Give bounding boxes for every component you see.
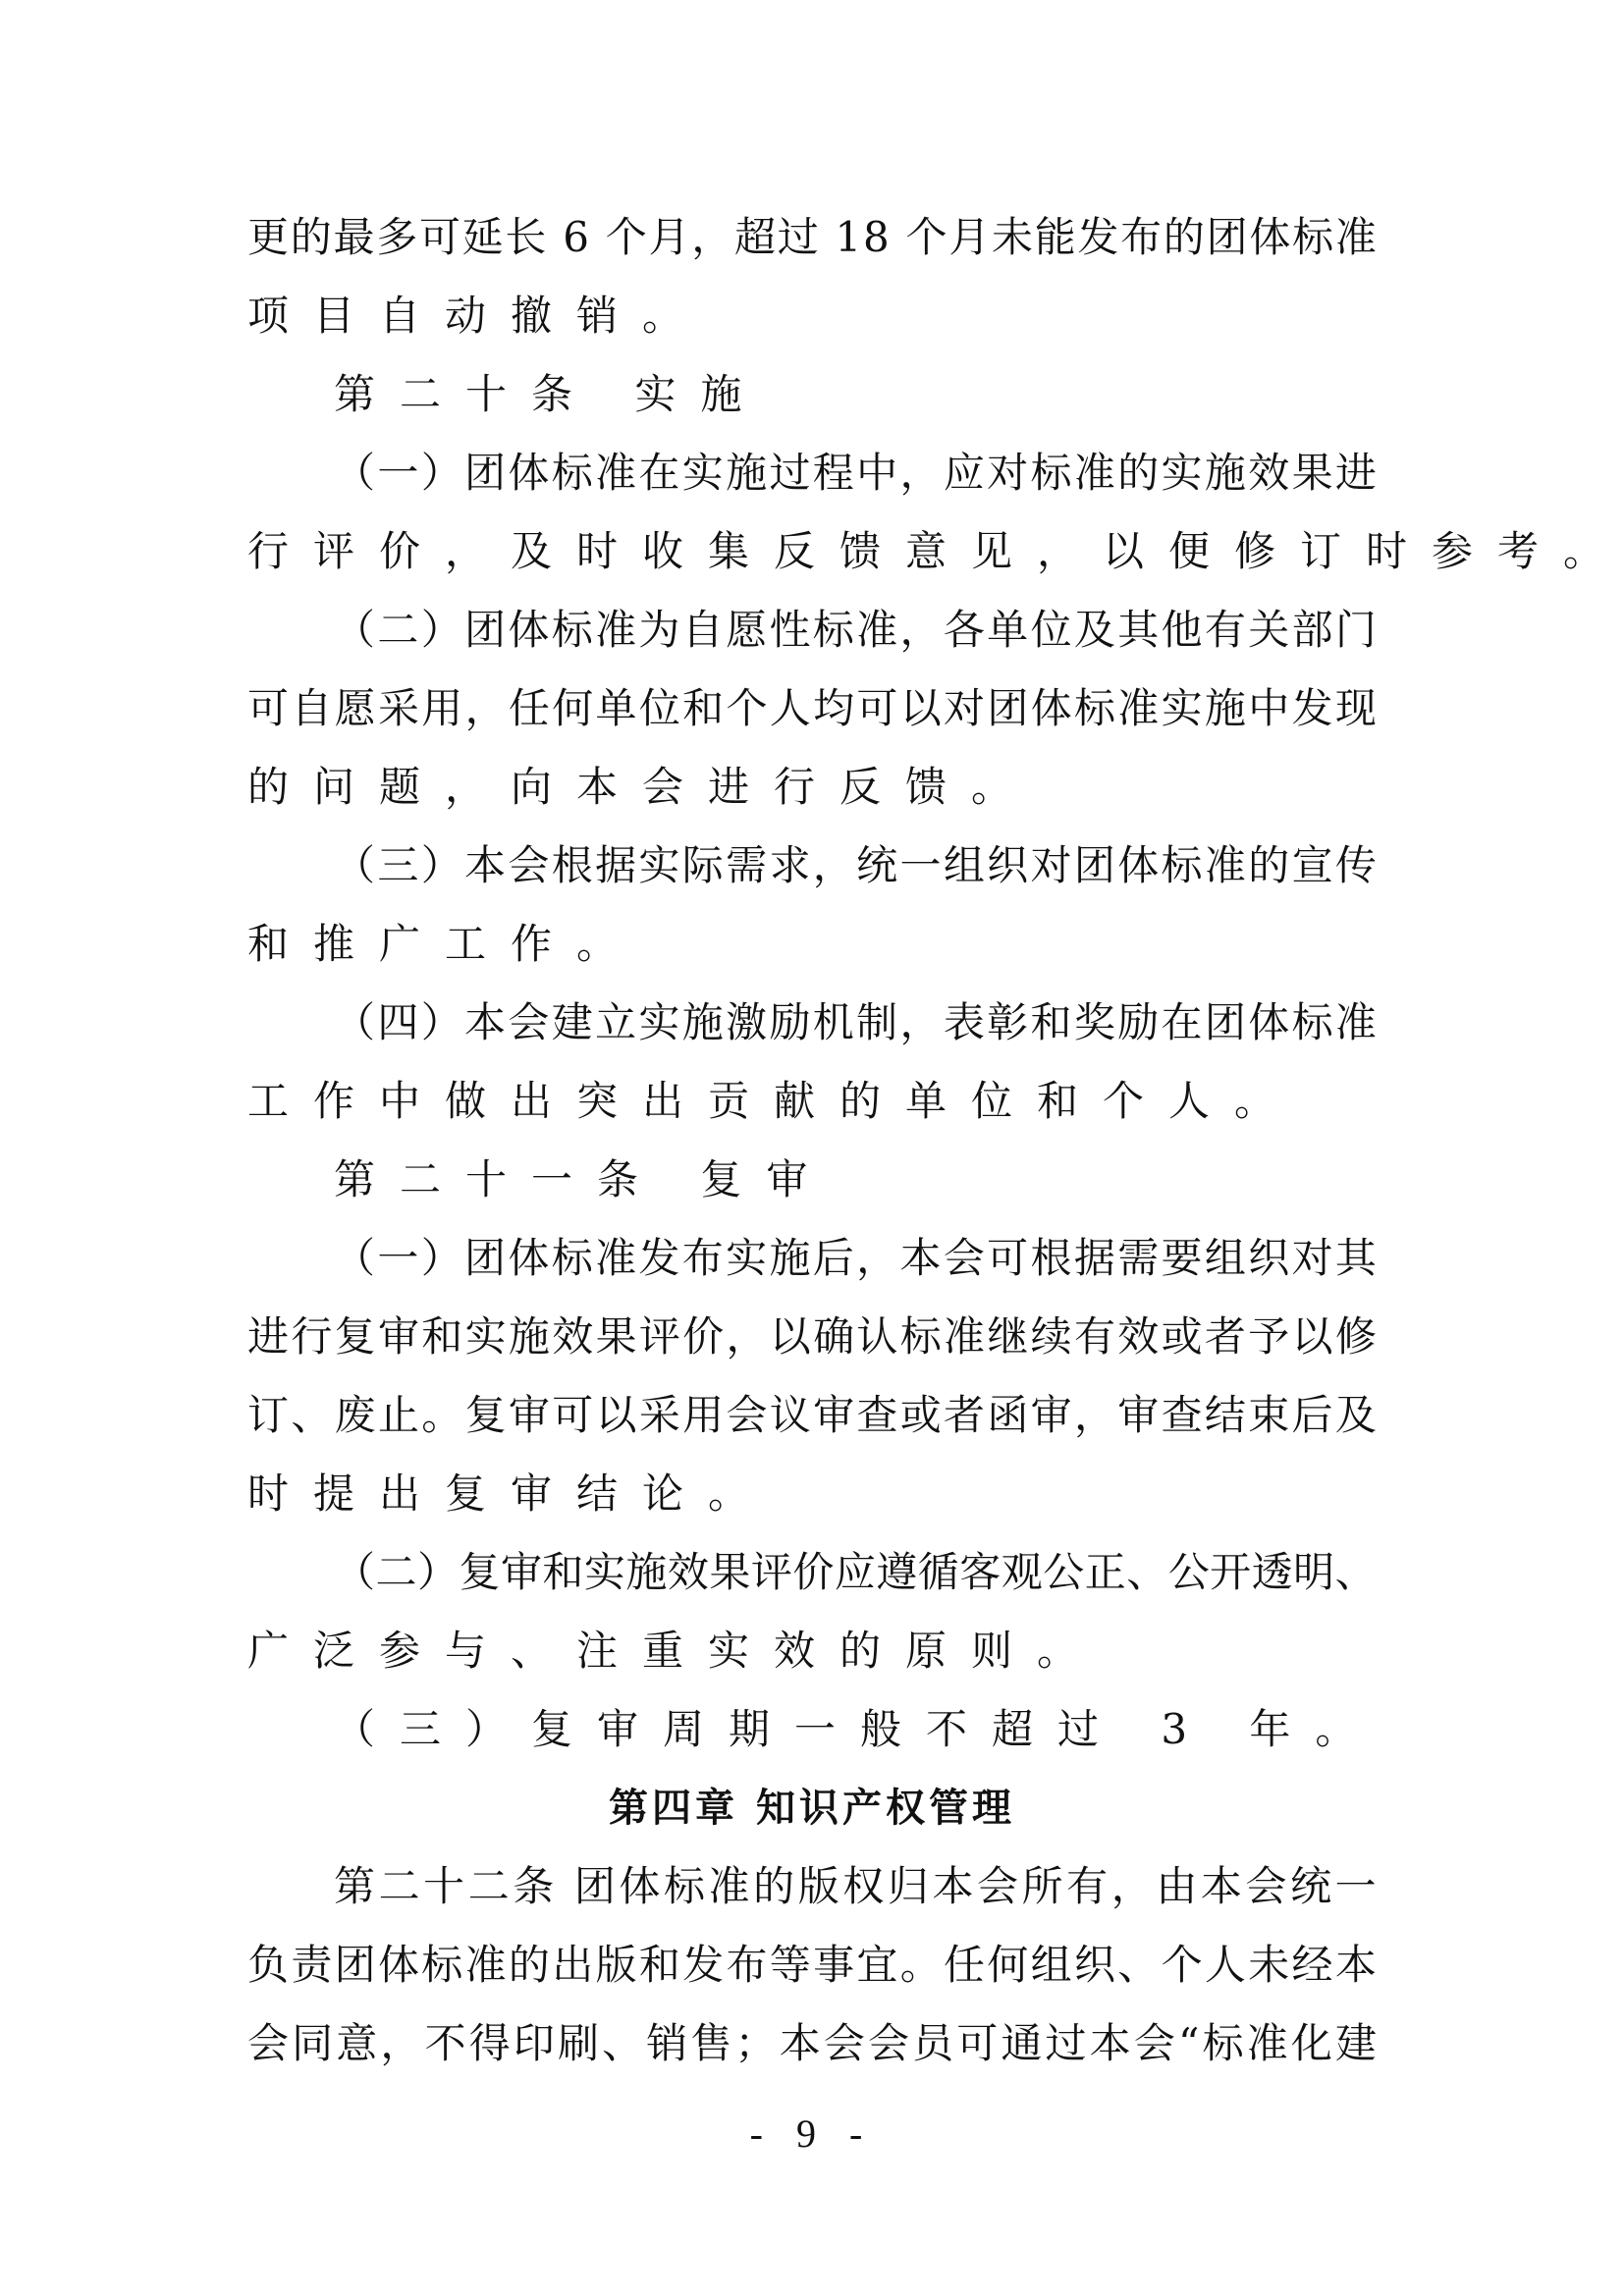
text-line: 广泛参与、注重实效的原则。 bbox=[247, 1623, 1377, 1701]
text-line: （二）复审和实施效果评价应遵循客观公正、公开透明、 bbox=[247, 1544, 1377, 1623]
text-line: 工作中做出突出贡献的单位和个人。 bbox=[247, 1073, 1377, 1151]
text-line: 和推广工作。 bbox=[247, 916, 1377, 994]
text-line: 更的最多可延长 6 个月，超过 18 个月未能发布的团体标准 bbox=[247, 209, 1377, 288]
text-line: 项目自动撤销。 bbox=[247, 288, 1377, 366]
text-line: 的问题，向本会进行反馈。 bbox=[247, 759, 1377, 837]
text-line: 第二十二条 团体标准的版权归本会所有，由本会统一 bbox=[247, 1858, 1377, 1937]
text-line: 可自愿采用，任何单位和个人均可以对团体标准实施中发现 bbox=[247, 680, 1377, 759]
article-title-21: 第二十一条 复审 bbox=[247, 1151, 1377, 1230]
text-line: 会同意，不得印刷、销售；本会会员可通过本会“标准化建 bbox=[247, 2015, 1377, 2094]
article-title-20: 第二十条 实施 bbox=[247, 366, 1377, 445]
text-line: （一）团体标准在实施过程中，应对标准的实施效果进 bbox=[247, 445, 1377, 523]
text-line: 进行复审和实施效果评价，以确认标准继续有效或者予以修 bbox=[247, 1308, 1377, 1387]
text-line: （三）复审周期一般不超过 3 年。 bbox=[247, 1701, 1377, 1780]
chapter-heading: 第四章 知识产权管理 bbox=[247, 1780, 1377, 1858]
text-line: （一）团体标准发布实施后，本会可根据需要组织对其 bbox=[247, 1230, 1377, 1308]
text-line: 时提出复审结论。 bbox=[247, 1466, 1377, 1544]
document-page: 更的最多可延长 6 个月，超过 18 个月未能发布的团体标准 项目自动撤销。 第… bbox=[247, 209, 1377, 2094]
text-line: （四）本会建立实施激励机制，表彰和奖励在团体标准 bbox=[247, 994, 1377, 1073]
text-line: 负责团体标准的出版和发布等事宜。任何组织、个人未经本 bbox=[247, 1937, 1377, 2015]
text-line: （二）团体标准为自愿性标准，各单位及其他有关部门 bbox=[247, 602, 1377, 680]
text-line: （三）本会根据实际需求，统一组织对团体标准的宣传 bbox=[247, 837, 1377, 916]
text-line: 订、废止。复审可以采用会议审查或者函审，审查结束后及 bbox=[247, 1387, 1377, 1466]
text-line: 行评价，及时收集反馈意见，以便修订时参考。 bbox=[247, 523, 1377, 602]
page-number: - 9 - bbox=[0, 2110, 1624, 2157]
